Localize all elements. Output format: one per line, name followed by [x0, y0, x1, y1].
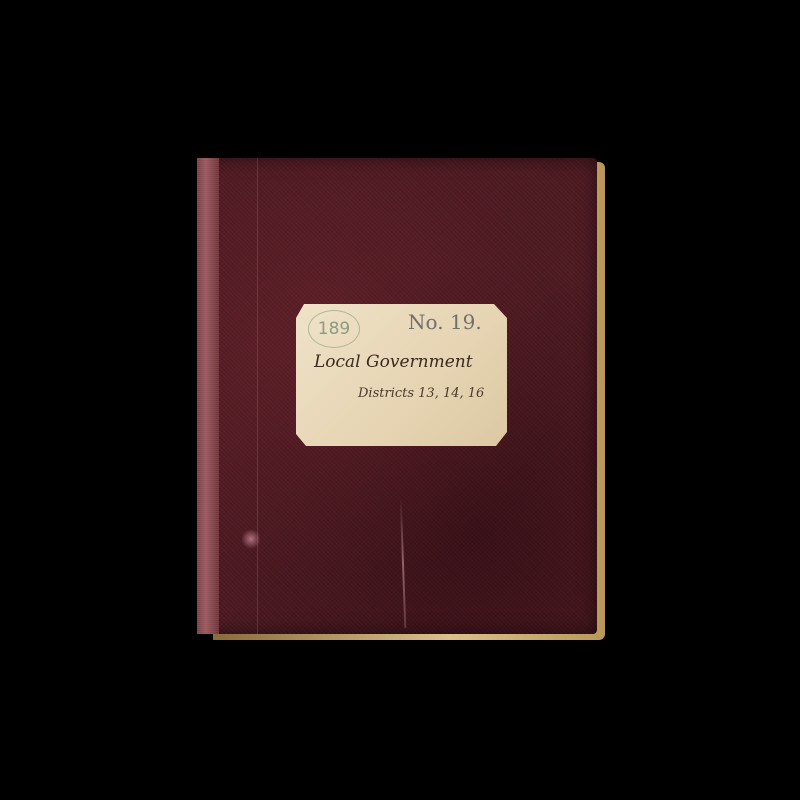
paper-label: 189 No. 19. Local Government Districts 1… — [296, 304, 507, 446]
label-subtitle: Districts 13, 14, 16 — [358, 386, 484, 401]
notebook-cover: 189 No. 19. Local Government Districts 1… — [197, 158, 597, 634]
cover-crack — [400, 498, 407, 628]
cover-scuff — [242, 528, 260, 550]
cover-crease — [257, 158, 258, 634]
label-title: Local Government — [314, 352, 473, 372]
cloth-spine — [197, 158, 219, 634]
volume-number: No. 19. — [408, 310, 482, 334]
notebook: 189 No. 19. Local Government Districts 1… — [197, 158, 605, 640]
catalog-number-stamp: 189 — [308, 310, 360, 348]
